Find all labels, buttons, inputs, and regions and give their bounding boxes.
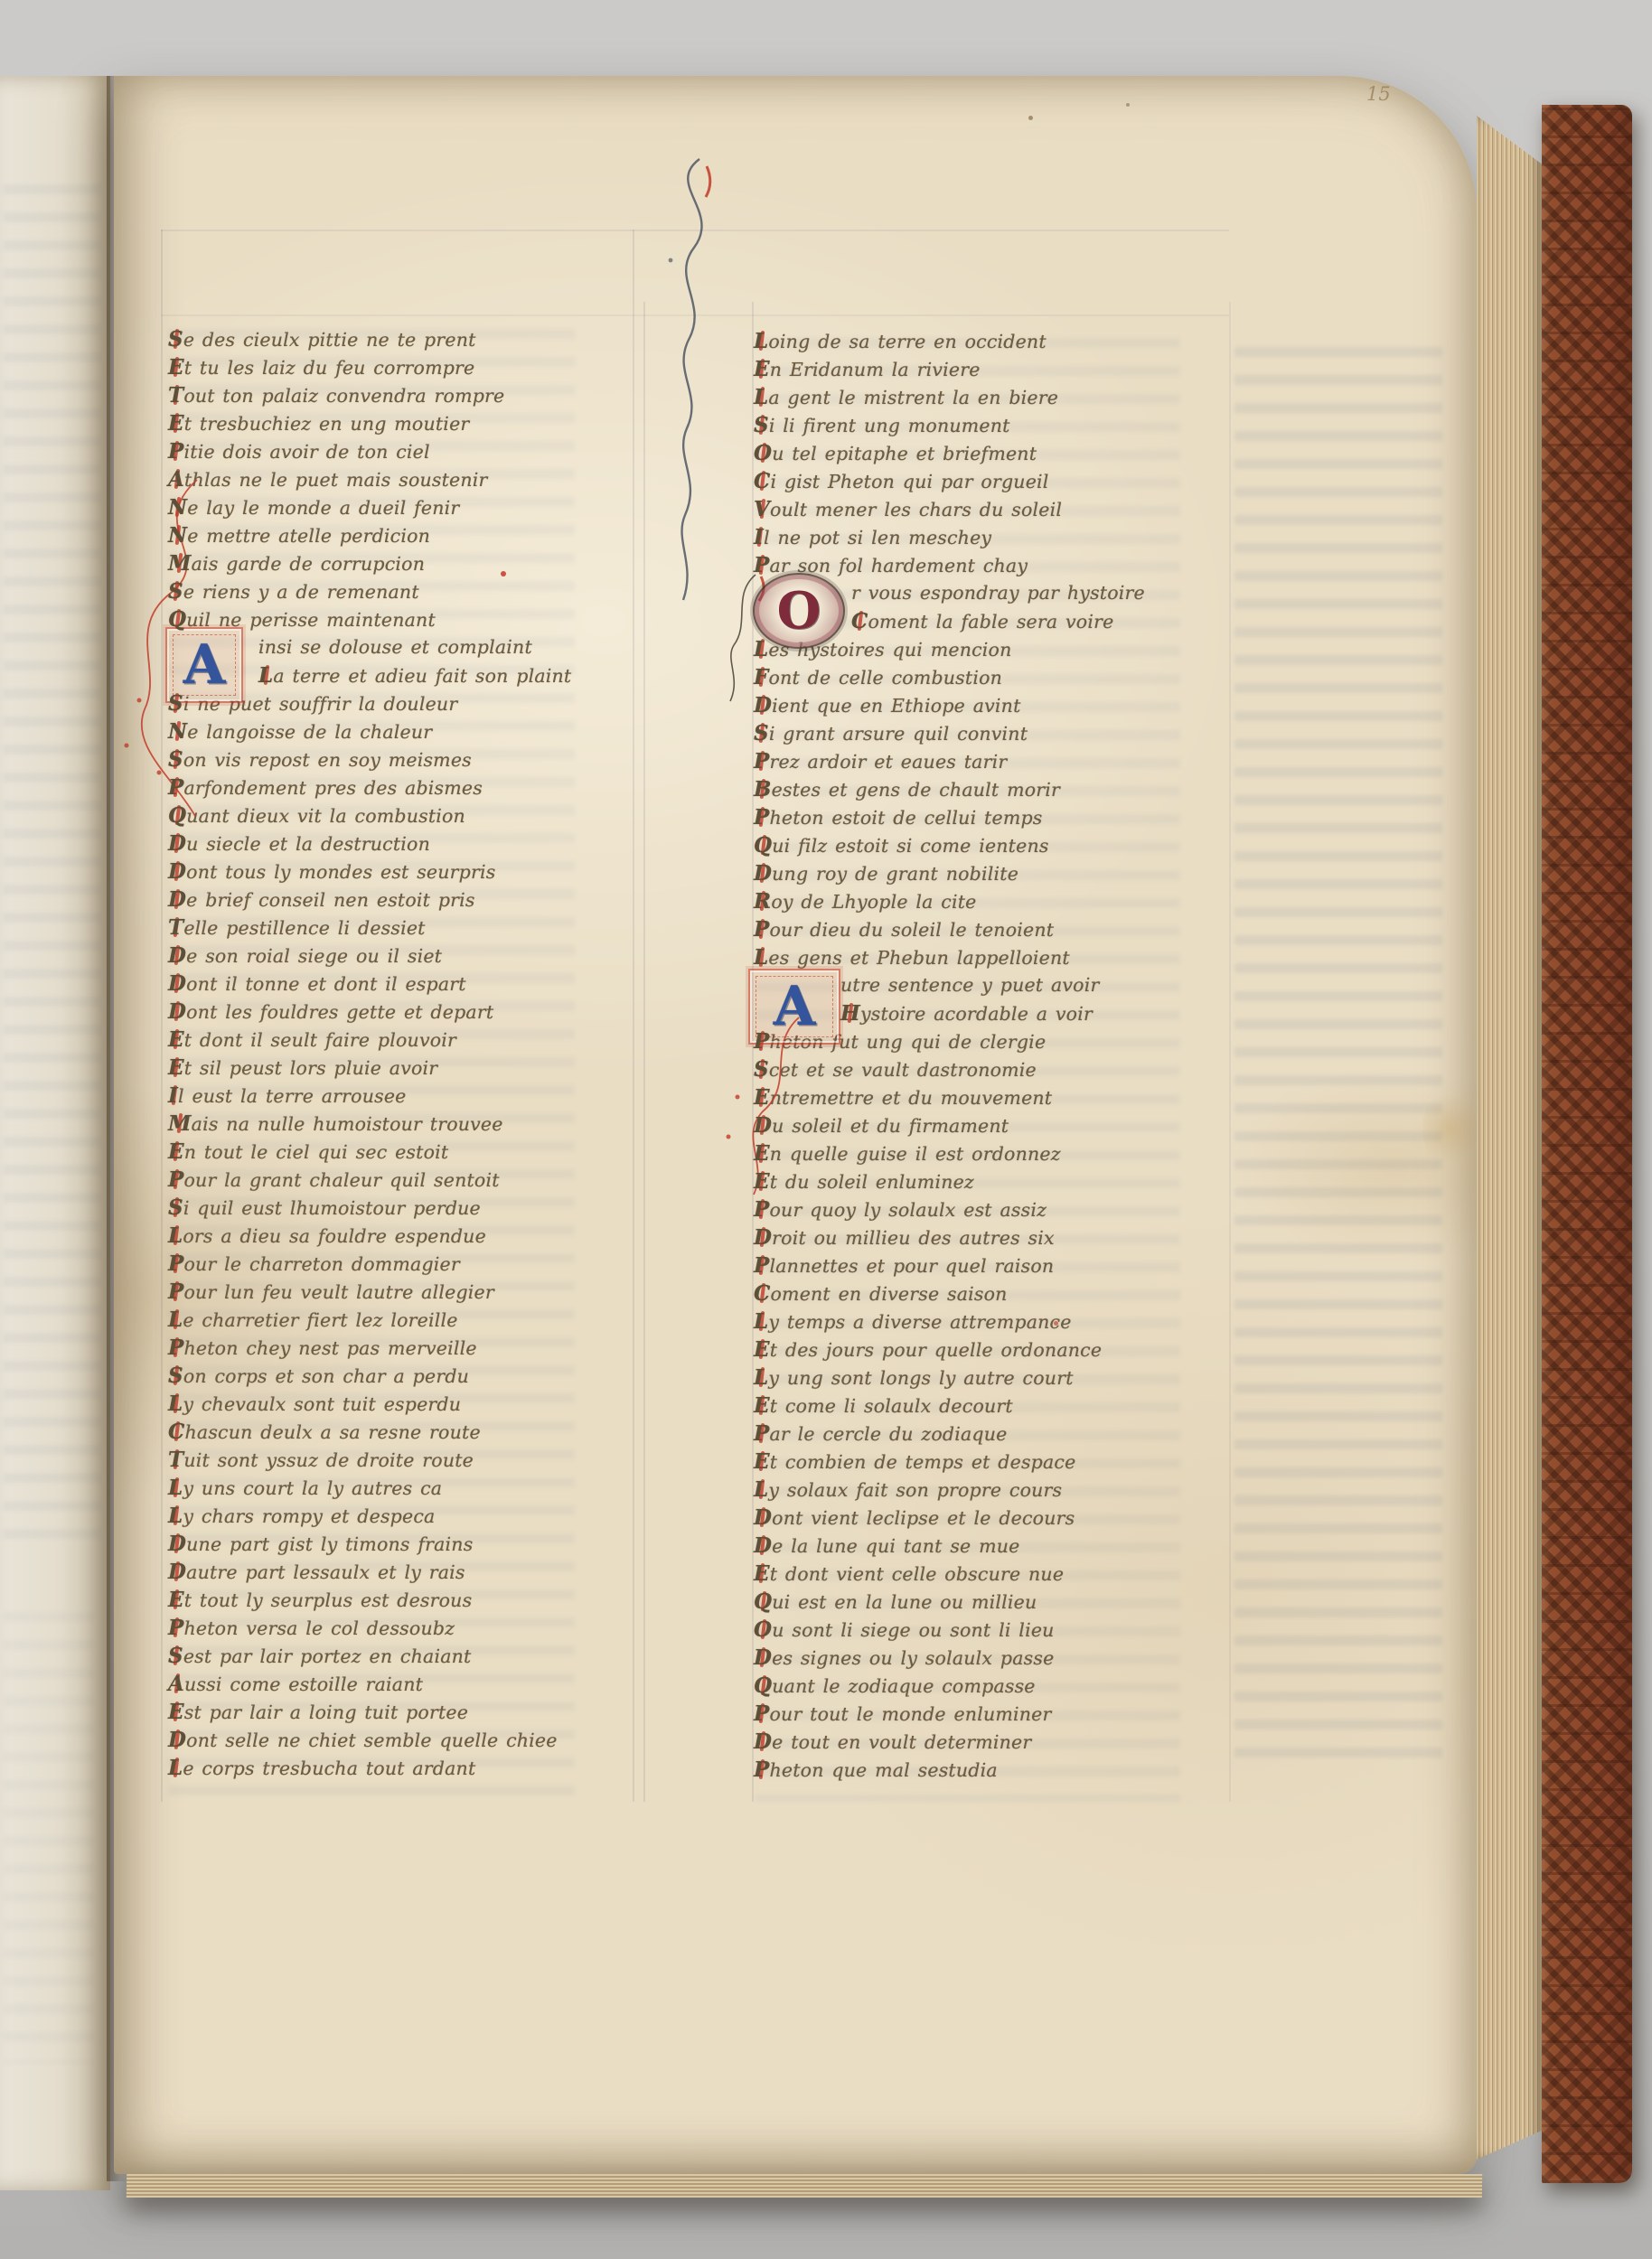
verse-line: Mais garde de corrupcion — [168, 549, 602, 577]
verse-line: Pour la grant chaleur quil sentoit — [168, 1166, 602, 1194]
red-touched-capital: P — [168, 1336, 184, 1360]
red-touched-capital: P — [168, 1616, 184, 1640]
verse-line: Ly uns court la ly autres ca — [168, 1474, 602, 1502]
red-touched-capital: S — [168, 327, 183, 352]
red-touched-capital: P — [754, 1421, 770, 1446]
red-touched-capital: P — [754, 1197, 770, 1222]
verse-line: Du soleil et du firmament — [754, 1111, 1187, 1139]
verse-line: Roy de Lhyople la cite — [754, 887, 1187, 915]
verse-line: r vous espondray par hystoire — [851, 579, 1187, 607]
verse-line: Et tresbuchiez en ung moutier — [168, 409, 602, 437]
red-touched-capital: Q — [754, 1589, 772, 1614]
verse-line: Hystoire acordable a voir — [840, 999, 1187, 1027]
verse-line: Voult mener les chars du soleil — [754, 495, 1187, 523]
verse-line: Si quil eust lhumoistour perdue — [168, 1194, 602, 1222]
red-touched-capital: P — [754, 1253, 770, 1278]
verse-line: Pheton chey nest pas merveille — [168, 1334, 602, 1362]
red-touched-capital: L — [168, 1756, 183, 1780]
verse-line: Et tout ly seurplus est desrous — [168, 1586, 602, 1614]
red-touched-capital: P — [754, 1029, 770, 1054]
red-touched-capital: N — [168, 495, 187, 520]
show-through-text — [1234, 347, 1442, 1775]
red-touched-capital: L — [168, 1392, 183, 1416]
red-touched-capital: E — [754, 1393, 770, 1418]
facing-page-edge — [0, 76, 110, 2190]
verse-line: Ci gist Pheton qui par orgueil — [754, 467, 1187, 495]
verse-line: Dune part gist ly timons frains — [168, 1530, 602, 1558]
verse-line: Pour le charreton dommagier — [168, 1250, 602, 1278]
red-touched-capital: E — [754, 1085, 770, 1110]
red-touched-capital: M — [168, 551, 192, 576]
red-touched-capital: L — [754, 329, 768, 353]
verse-line: Des signes ou ly solaulx passe — [754, 1644, 1187, 1672]
verse-line: Sest par lair portez en chaiant — [168, 1642, 602, 1670]
text-column-right: Loing de sa terre en occidentEn Eridanum… — [754, 327, 1187, 1784]
red-touched-capital: C — [754, 1281, 771, 1306]
initial-letter: A — [183, 638, 226, 692]
verse-line: Pheton versa le col dessoubz — [168, 1614, 602, 1642]
verse-line: La terre et adieu fait son plaint — [258, 661, 602, 689]
verse-line: De la lune qui tant se mue — [754, 1532, 1187, 1560]
red-touched-capital: P — [168, 775, 184, 800]
red-touched-capital: L — [168, 1223, 183, 1248]
verse-line: Les gens et Phebun lappelloient — [754, 943, 1187, 971]
red-touched-capital: C — [851, 609, 868, 633]
ink-speck — [1126, 103, 1130, 107]
red-touched-capital: N — [168, 719, 187, 744]
red-touched-capital: A — [168, 1672, 184, 1696]
red-touched-capital: P — [754, 553, 770, 577]
red-touched-capital: S — [168, 1644, 183, 1668]
red-touched-capital: D — [754, 861, 772, 886]
verse-line: Dautre part lessaulx et ly rais — [168, 1558, 602, 1586]
verse-line: Ly temps a diverse attrempance — [754, 1308, 1187, 1336]
red-touched-capital: F — [754, 665, 769, 689]
verse-line: Font de celle combustion — [754, 663, 1187, 691]
red-touched-capital: D — [754, 1225, 772, 1250]
verse-line: Et des jours pour quelle ordonance — [754, 1336, 1187, 1364]
red-touched-capital: P — [754, 805, 770, 830]
verse-line: Dont les fouldres gette et depart — [168, 998, 602, 1026]
red-touched-capital: H — [840, 1001, 860, 1026]
verse-line: Dient que en Ethiope avint — [754, 691, 1187, 719]
ruling-line — [161, 230, 163, 1802]
verse-line: Ly solaux fait son propre cours — [754, 1476, 1187, 1504]
verse-line: Par son fol hardement chay — [754, 551, 1187, 579]
verse-line: Tout ton palaiz convendra rompre — [168, 381, 602, 409]
red-touched-capital: S — [754, 413, 769, 437]
verse-line: Loing de sa terre en occident — [754, 327, 1187, 355]
verse-line: Et dont vient celle obscure nue — [754, 1560, 1187, 1588]
initial-letter: A — [774, 980, 816, 1034]
verse-line: Scet et se vault dastronomie — [754, 1055, 1187, 1083]
verse-line: De tout en voult determiner — [754, 1728, 1187, 1756]
verse-line: Dung roy de grant nobilite — [754, 859, 1187, 887]
fore-edge-page-stack — [1477, 116, 1545, 2160]
verse-line: Tuit sont yssuz de droite route — [168, 1446, 602, 1474]
red-touched-capital: S — [754, 721, 769, 745]
red-touched-capital: Q — [754, 833, 772, 858]
verse-line: Pitie dois avoir de ton ciel — [168, 437, 602, 465]
verse-line: Son corps et son char a perdu — [168, 1362, 602, 1390]
red-touched-capital: E — [168, 1588, 184, 1612]
verse-line: Est par lair a loing tuit portee — [168, 1698, 602, 1726]
verse-line: insi se dolouse et complaint — [258, 633, 602, 661]
leather-cover-board — [1542, 105, 1632, 2183]
ruling-line — [1229, 302, 1231, 1802]
red-touched-capital: S — [168, 691, 183, 716]
verse-line: Pour quoy ly solaulx est assiz — [754, 1195, 1187, 1223]
red-touched-capital: C — [168, 1420, 185, 1444]
verse-line: Quant dieux vit la combustion — [168, 801, 602, 830]
verse-line: Qui filz estoit si come ientens — [754, 831, 1187, 859]
cadel-flourish — [643, 152, 734, 617]
verse-line: Pour tout le monde enluminer — [754, 1700, 1187, 1728]
verse-line: Et dont il seult faire plouvoir — [168, 1026, 602, 1054]
red-touched-capital: Q — [168, 607, 186, 632]
red-touched-capital: E — [168, 1055, 184, 1080]
verse-line: De brief conseil nen estoit pris — [168, 886, 602, 914]
verse-line: En Eridanum la riviere — [754, 355, 1187, 383]
red-touched-capital: E — [754, 1141, 770, 1166]
verse-line: Aussi come estoille raiant — [168, 1670, 602, 1698]
verse-line: Bestes et gens de chault morir — [754, 775, 1187, 803]
verse-line: Pheton que mal sestudia — [754, 1756, 1187, 1784]
verse-line: Ly ung sont longs ly autre court — [754, 1364, 1187, 1392]
red-touched-capital: L — [754, 945, 768, 970]
show-through-text — [4, 1612, 94, 2064]
verse-line: Ou sont li siege ou sont li lieu — [754, 1616, 1187, 1644]
verse-line: Le charretier fiert lez loreille — [168, 1306, 602, 1334]
verse-line: Si li firent ung monument — [754, 411, 1187, 439]
verse-line: Telle pestillence li dessiet — [168, 914, 602, 942]
verse-line: Ne mettre atelle perdicion — [168, 521, 602, 549]
verse-line: Dont vient leclipse et le decours — [754, 1504, 1187, 1532]
red-touched-capital: L — [168, 1476, 183, 1500]
verse-line: Mais na nulle humoistour trouvee — [168, 1110, 602, 1138]
verse-line: Le corps tresbucha tout ardant — [168, 1754, 602, 1782]
red-touched-capital: D — [168, 1728, 186, 1752]
red-touched-capital: M — [168, 1111, 192, 1136]
red-touched-capital: D — [168, 859, 186, 884]
red-touched-capital: S — [168, 579, 183, 604]
text-column-left: Se des cieulx pittie ne te prentEt tu le… — [168, 325, 602, 1782]
verse-line: Dont tous ly mondes est seurpris — [168, 858, 602, 886]
verse-line: Plannettes et pour quel raison — [754, 1251, 1187, 1279]
verse-line: La gent le mistrent la en biere — [754, 383, 1187, 411]
verse-line: Pour dieu du soleil le tenoient — [754, 915, 1187, 943]
red-touched-capital: I — [168, 1083, 178, 1108]
verse-line: Pour lun feu veult lautre allegier — [168, 1278, 602, 1306]
red-touched-capital: C — [754, 469, 771, 493]
red-touched-capital: D — [754, 1729, 772, 1754]
stain — [1422, 1088, 1477, 1169]
red-touched-capital: D — [754, 1505, 772, 1530]
verse-line: Dont il tonne et dont il espart — [168, 970, 602, 998]
verse-line: En tout le ciel qui sec estoit — [168, 1138, 602, 1166]
red-touched-capital: V — [754, 497, 770, 521]
red-touched-capital: N — [168, 523, 187, 548]
red-touched-capital: D — [754, 1533, 772, 1558]
red-touched-capital: S — [168, 1195, 183, 1220]
verse-line: Et combien de temps et despace — [754, 1448, 1187, 1476]
red-touched-capital: O — [754, 1617, 772, 1642]
red-touched-capital: D — [168, 1560, 186, 1584]
red-touched-capital: D — [168, 831, 186, 856]
verse-line: Pheton estoit de cellui temps — [754, 803, 1187, 831]
red-touched-capital: E — [754, 1337, 770, 1362]
red-touched-capital: B — [754, 777, 772, 801]
red-touched-capital: T — [168, 915, 183, 940]
verse-line: Si grant arsure quil convint — [754, 719, 1187, 747]
verse-line: utre sentence y puet avoir — [840, 971, 1187, 999]
verse-line: Et tu les laiz du feu corrompre — [168, 353, 602, 381]
verse-line: Lors a dieu sa fouldre espendue — [168, 1222, 602, 1250]
red-touched-capital: E — [168, 1700, 184, 1724]
red-touched-capital: D — [168, 1532, 186, 1556]
red-touched-capital: L — [754, 1477, 768, 1502]
red-touched-capital: L — [258, 663, 273, 688]
red-touched-capital: E — [754, 357, 770, 381]
verse-line: Et du soleil enluminez — [754, 1167, 1187, 1195]
red-touched-capital: P — [168, 1279, 184, 1304]
red-touched-capital: E — [168, 1139, 184, 1164]
verse-line: De son roial siege ou il siet — [168, 942, 602, 970]
red-touched-capital: P — [754, 1758, 770, 1782]
verse-line: Prez ardoir et eaues tarir — [754, 747, 1187, 775]
verse-line: Par le cercle du zodiaque — [754, 1420, 1187, 1448]
verse-line: Coment en diverse saison — [754, 1279, 1187, 1308]
red-touched-capital: P — [168, 1167, 184, 1192]
folio-number: 15 — [1366, 83, 1391, 105]
verse-line: Son vis repost en soy meismes — [168, 745, 602, 773]
red-touched-capital: S — [168, 1364, 183, 1388]
red-touched-capital: D — [168, 971, 186, 996]
verse-line: Entremettre et du mouvement — [754, 1083, 1187, 1111]
verse-line: Qui est en la lune ou millieu — [754, 1588, 1187, 1616]
red-touched-capital: D — [754, 693, 772, 717]
red-touched-capital: O — [754, 441, 772, 465]
verse-line: Athlas ne le puet mais soustenir — [168, 465, 602, 493]
manuscript-photo: 15 Se des cieulx pittie ne te prentEt tu… — [0, 0, 1652, 2259]
red-touched-capital: D — [754, 1645, 772, 1670]
red-touched-capital: L — [754, 1365, 768, 1390]
ruling-line — [633, 230, 634, 1802]
red-touched-capital: D — [754, 1113, 772, 1138]
red-touched-capital: P — [754, 1701, 770, 1726]
red-touched-capital: L — [754, 385, 768, 409]
verse-line: Se riens y a de remenant — [168, 577, 602, 605]
verse-line: Ne lay le monde a dueil fenir — [168, 493, 602, 521]
red-touched-capital: I — [754, 525, 764, 549]
red-touched-capital: E — [168, 1027, 184, 1052]
red-touched-capital: A — [168, 467, 184, 492]
red-touched-capital: L — [168, 1504, 183, 1528]
verse-line: Droit ou millieu des autres six — [754, 1223, 1187, 1251]
bottom-page-stack — [127, 2174, 1482, 2198]
verse-line: Ly chevaulx sont tuit esperdu — [168, 1390, 602, 1418]
verse-line: En quelle guise il est ordonnez — [754, 1139, 1187, 1167]
red-touched-capital: D — [168, 943, 186, 968]
red-touched-capital: P — [754, 749, 770, 773]
red-touched-capital: E — [754, 1561, 770, 1586]
verse-line: Du siecle et la destruction — [168, 830, 602, 858]
verse-line: Se des cieulx pittie ne te prent — [168, 325, 602, 353]
verse-line: Ly chars rompy et despeca — [168, 1502, 602, 1530]
red-touched-capital: S — [168, 747, 183, 772]
verse-line: Ne langoisse de la chaleur — [168, 717, 602, 745]
verse-line: Chascun deulx a sa resne route — [168, 1418, 602, 1446]
red-touched-capital: Q — [754, 1673, 772, 1698]
verse-line: Il eust la terre arrousee — [168, 1082, 602, 1110]
initial-letter: O — [777, 586, 821, 636]
red-touched-capital: T — [168, 383, 183, 408]
verse-line: Et come li solaulx decourt — [754, 1392, 1187, 1420]
show-through-text — [4, 184, 101, 1540]
red-touched-capital: L — [754, 1309, 768, 1334]
red-touched-capital: D — [168, 887, 186, 912]
red-touched-capital: E — [754, 1169, 770, 1194]
red-touched-capital: E — [168, 411, 184, 436]
red-touched-capital: P — [168, 439, 184, 464]
red-touched-capital: L — [754, 637, 768, 661]
verse-line: Quant le zodiaque compasse — [754, 1672, 1187, 1700]
red-touched-capital: T — [168, 1448, 183, 1472]
red-touched-capital: R — [754, 889, 771, 914]
verse-line: Dont selle ne chiet semble quelle chiee — [168, 1726, 602, 1754]
verse-line: Et sil peust lors pluie avoir — [168, 1054, 602, 1082]
ink-speck — [1028, 116, 1033, 120]
verse-line: Parfondement pres des abismes — [168, 773, 602, 801]
red-touched-capital: E — [168, 355, 184, 380]
verse-line: Il ne pot si len meschey — [754, 523, 1187, 551]
red-touched-capital: D — [168, 999, 186, 1024]
red-touched-capital: Q — [168, 803, 186, 828]
red-touched-capital: E — [754, 1449, 770, 1474]
red-touched-capital: P — [168, 1251, 184, 1276]
red-touched-capital: S — [754, 1057, 769, 1082]
red-touched-capital: L — [168, 1308, 183, 1332]
verse-line: Coment la fable sera voire — [851, 607, 1187, 635]
verse-line: Ou tel epitaphe et briefment — [754, 439, 1187, 467]
red-touched-capital: P — [754, 917, 770, 942]
